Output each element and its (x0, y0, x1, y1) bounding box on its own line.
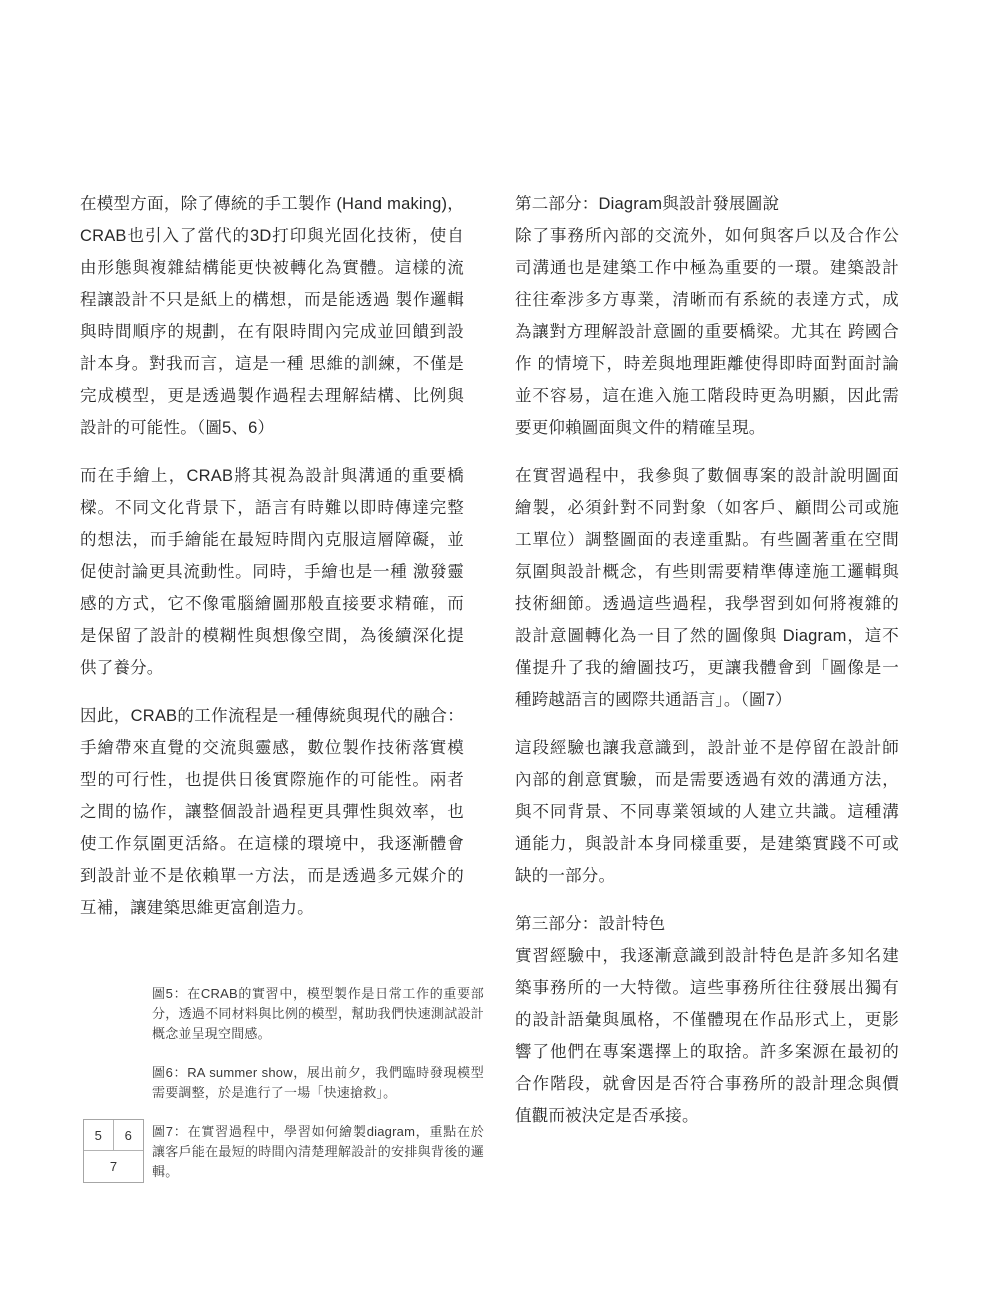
paragraph-design-consensus: 這段經驗也讓我意識到，設計並不是停留在設計師內部的創意實驗，而是需要透過有效的溝… (515, 732, 899, 892)
right-column: 第二部分：Diagram與設計發展圖說 除了事務所內部的交流外，如何與客戶以及合… (515, 188, 899, 1148)
caption-figure-7: 圖7：在實習過程中，學習如何繪製diagram，重點在於讓客戶能在最短的時間內清… (152, 1122, 484, 1182)
section-heading-part3: 第三部分：設計特色 (515, 908, 899, 940)
figure-grid-cell-6: 6 (114, 1120, 144, 1151)
paragraph-design-character: 實習經驗中，我逐漸意識到設計特色是許多知名建築事務所的一大特徵。這些事務所往往發… (515, 940, 899, 1132)
paragraph-communication: 除了事務所內部的交流外，如何與客戶以及合作公司溝通也是建築工作中極為重要的一環。… (515, 220, 899, 444)
figure-grid-cell-7: 7 (84, 1151, 143, 1182)
paragraph-model-making: 在模型方面，除了傳統的手工製作 (Hand making)，CRAB也引入了當代… (80, 188, 464, 444)
paragraph-workflow-fusion: 因此，CRAB的工作流程是一種傳統與現代的融合：手繪帶來直覺的交流與靈感，數位製… (80, 700, 464, 924)
left-column: 在模型方面，除了傳統的手工製作 (Hand making)，CRAB也引入了當代… (80, 188, 464, 940)
caption-figure-5: 圖5：在CRAB的實習中，模型製作是日常工作的重要部分，透過不同材料與比例的模型… (152, 984, 484, 1044)
caption-figure-6: 圖6：RA summer show，展出前夕，我們臨時發現模型需要調整，於是進行… (152, 1063, 484, 1103)
figure-captions: 圖5：在CRAB的實習中，模型製作是日常工作的重要部分，透過不同材料與比例的模型… (152, 984, 484, 1201)
figure-layout-grid: 5 6 7 (83, 1119, 144, 1183)
section-heading-part2: 第二部分：Diagram與設計發展圖說 (515, 188, 899, 220)
figure-grid-cell-5: 5 (84, 1120, 114, 1151)
paragraph-hand-drawing: 而在手繪上，CRAB將其視為設計與溝通的重要橋樑。不同文化背景下，語言有時難以即… (80, 460, 464, 684)
paragraph-diagram-drawing: 在實習過程中，我參與了數個專案的設計說明圖面繪製，必須針對不同對象（如客戶、顧問… (515, 460, 899, 716)
document-page: 在模型方面，除了傳統的手工製作 (Hand making)，CRAB也引入了當代… (0, 0, 983, 1310)
